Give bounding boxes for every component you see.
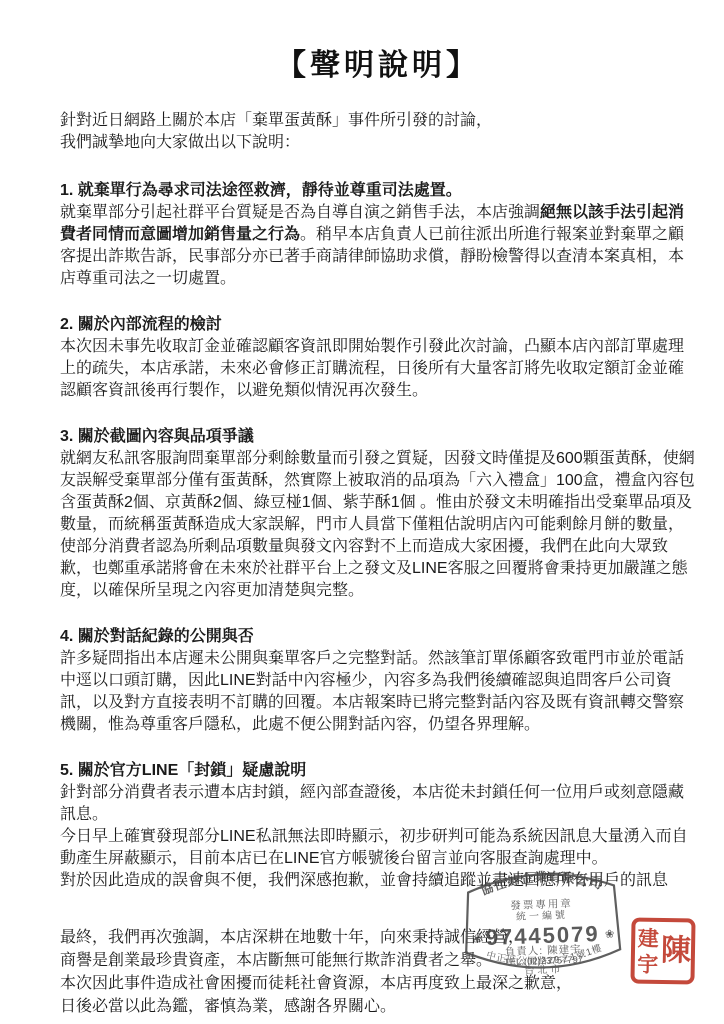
intro-line: 針對近日網路上關於本店「棄單蛋黃酥」事件所引發的討論， [60, 110, 696, 132]
section-paragraph: 就網友私訊客服詢問棄單部分剩餘數量而引發之質疑，因發文時僅提及600顆蛋黃酥，使… [60, 448, 696, 602]
statement-content: 【聲明說明】 針對近日網路上關於本店「棄單蛋黃酥」事件所引發的討論， 我們誠摯地… [60, 40, 696, 1018]
body-text: 本次因未事先收取訂金並確認顧客資訊即開始製作引發此次討論，凸顯本店內部訂單處理上… [60, 338, 684, 399]
intro-line: 我們誠摯地向大家做出以下說明： [60, 132, 696, 154]
closing-line: 商譽是創業最珍貴資產，本店斷無可能無行欺詐消費者之舉。 [60, 949, 696, 972]
statement-section: 3. 關於截圖內容與品項爭議就網友私訊客服詢問棄單部分剩餘數量而引發之質疑，因發… [60, 426, 696, 602]
closing-line: 日後必當以此為鑑，審慎為業，感謝各界關心。 [60, 995, 696, 1018]
section-heading: 1. 就棄單行為尋求司法途徑救濟，靜待並尊重司法處置。 [60, 180, 696, 202]
section-paragraph: 本次因未事先收取訂金並確認顧客資訊即開始製作引發此次討論，凸顯本店內部訂單處理上… [60, 336, 696, 402]
closing-line: 本次因此事件造成社會困擾而徒耗社會資源，本店再度致上最深之歉意， [60, 972, 696, 995]
section-heading: 3. 關於截圖內容與品項爭議 [60, 426, 696, 448]
body-text: 許多疑問指出本店遲未公開與棄單客戶之完整對話。然該筆訂單係顧客致電門市並於電話中… [60, 650, 684, 733]
body-text: 就網友私訊客服詢問棄單部分剩餘數量而引發之質疑，因發文時僅提及600顆蛋黃酥，使… [60, 450, 695, 599]
closing-line: 最終，我們再次強調，本店深耕在地數十年，向來秉持誠信經營， [60, 926, 696, 949]
body-text: 對於因此造成的誤會與不便，我們深感抱歉，並會持續追蹤並盡速回應所有用戶的訊息 [60, 872, 668, 889]
body-text: 針對部分消費者表示遭本店封鎖，經內部查證後，本店從未封鎖任何一位用戶或刻意隱藏訊… [60, 784, 684, 823]
statement-page: 【聲明說明】 針對近日網路上關於本店「棄單蛋黃酥」事件所引發的討論， 我們誠摯地… [0, 0, 724, 1024]
closing-paragraph: 最終，我們再次強調，本店深耕在地數十年，向來秉持誠信經營， 商譽是創業最珍貴資產… [60, 926, 696, 1018]
section-heading: 2. 關於內部流程的檢討 [60, 314, 696, 336]
statement-section: 4. 關於對話紀錄的公開與否許多疑問指出本店遲未公開與棄單客戶之完整對話。然該筆… [60, 626, 696, 736]
section-paragraph: 對於因此造成的誤會與不便，我們深感抱歉，並會持續追蹤並盡速回應所有用戶的訊息 [60, 870, 696, 892]
statement-section: 5. 關於官方LINE「封鎖」疑慮說明針對部分消費者表示遭本店封鎖，經內部查證後… [60, 760, 696, 892]
body-text: 今日早上確實發現部分LINE私訊無法即時顯示，初步研判可能為系統因訊息大量湧入而… [60, 828, 688, 867]
section-paragraph: 針對部分消費者表示遭本店封鎖，經內部查證後，本店從未封鎖任何一位用戶或刻意隱藏訊… [60, 782, 696, 826]
sections: 1. 就棄單行為尋求司法途徑救濟，靜待並尊重司法處置。就棄單部分引起社群平台質疑… [60, 180, 696, 892]
section-paragraph: 就棄單部分引起社群平台質疑是否為自導自演之銷售手法，本店強調絕無以該手法引起消費… [60, 202, 696, 290]
page-title: 【聲明說明】 [60, 40, 696, 84]
statement-section: 1. 就棄單行為尋求司法途徑救濟，靜待並尊重司法處置。就棄單部分引起社群平台質疑… [60, 180, 696, 290]
section-heading: 4. 關於對話紀錄的公開與否 [60, 626, 696, 648]
intro-paragraph: 針對近日網路上關於本店「棄單蛋黃酥」事件所引發的討論， 我們誠摯地向大家做出以下… [60, 110, 696, 154]
body-text: 就棄單部分引起社群平台質疑是否為自導自演之銷售手法，本店強調 [60, 204, 540, 221]
section-heading: 5. 關於官方LINE「封鎖」疑慮說明 [60, 760, 696, 782]
section-paragraph: 許多疑問指出本店遲未公開與棄單客戶之完整對話。然該筆訂單係顧客致電門市並於電話中… [60, 648, 696, 736]
statement-section: 2. 關於內部流程的檢討本次因未事先收取訂金並確認顧客資訊即開始製作引發此次討論… [60, 314, 696, 402]
section-paragraph: 今日早上確實發現部分LINE私訊無法即時顯示，初步研判可能為系統因訊息大量湧入而… [60, 826, 696, 870]
